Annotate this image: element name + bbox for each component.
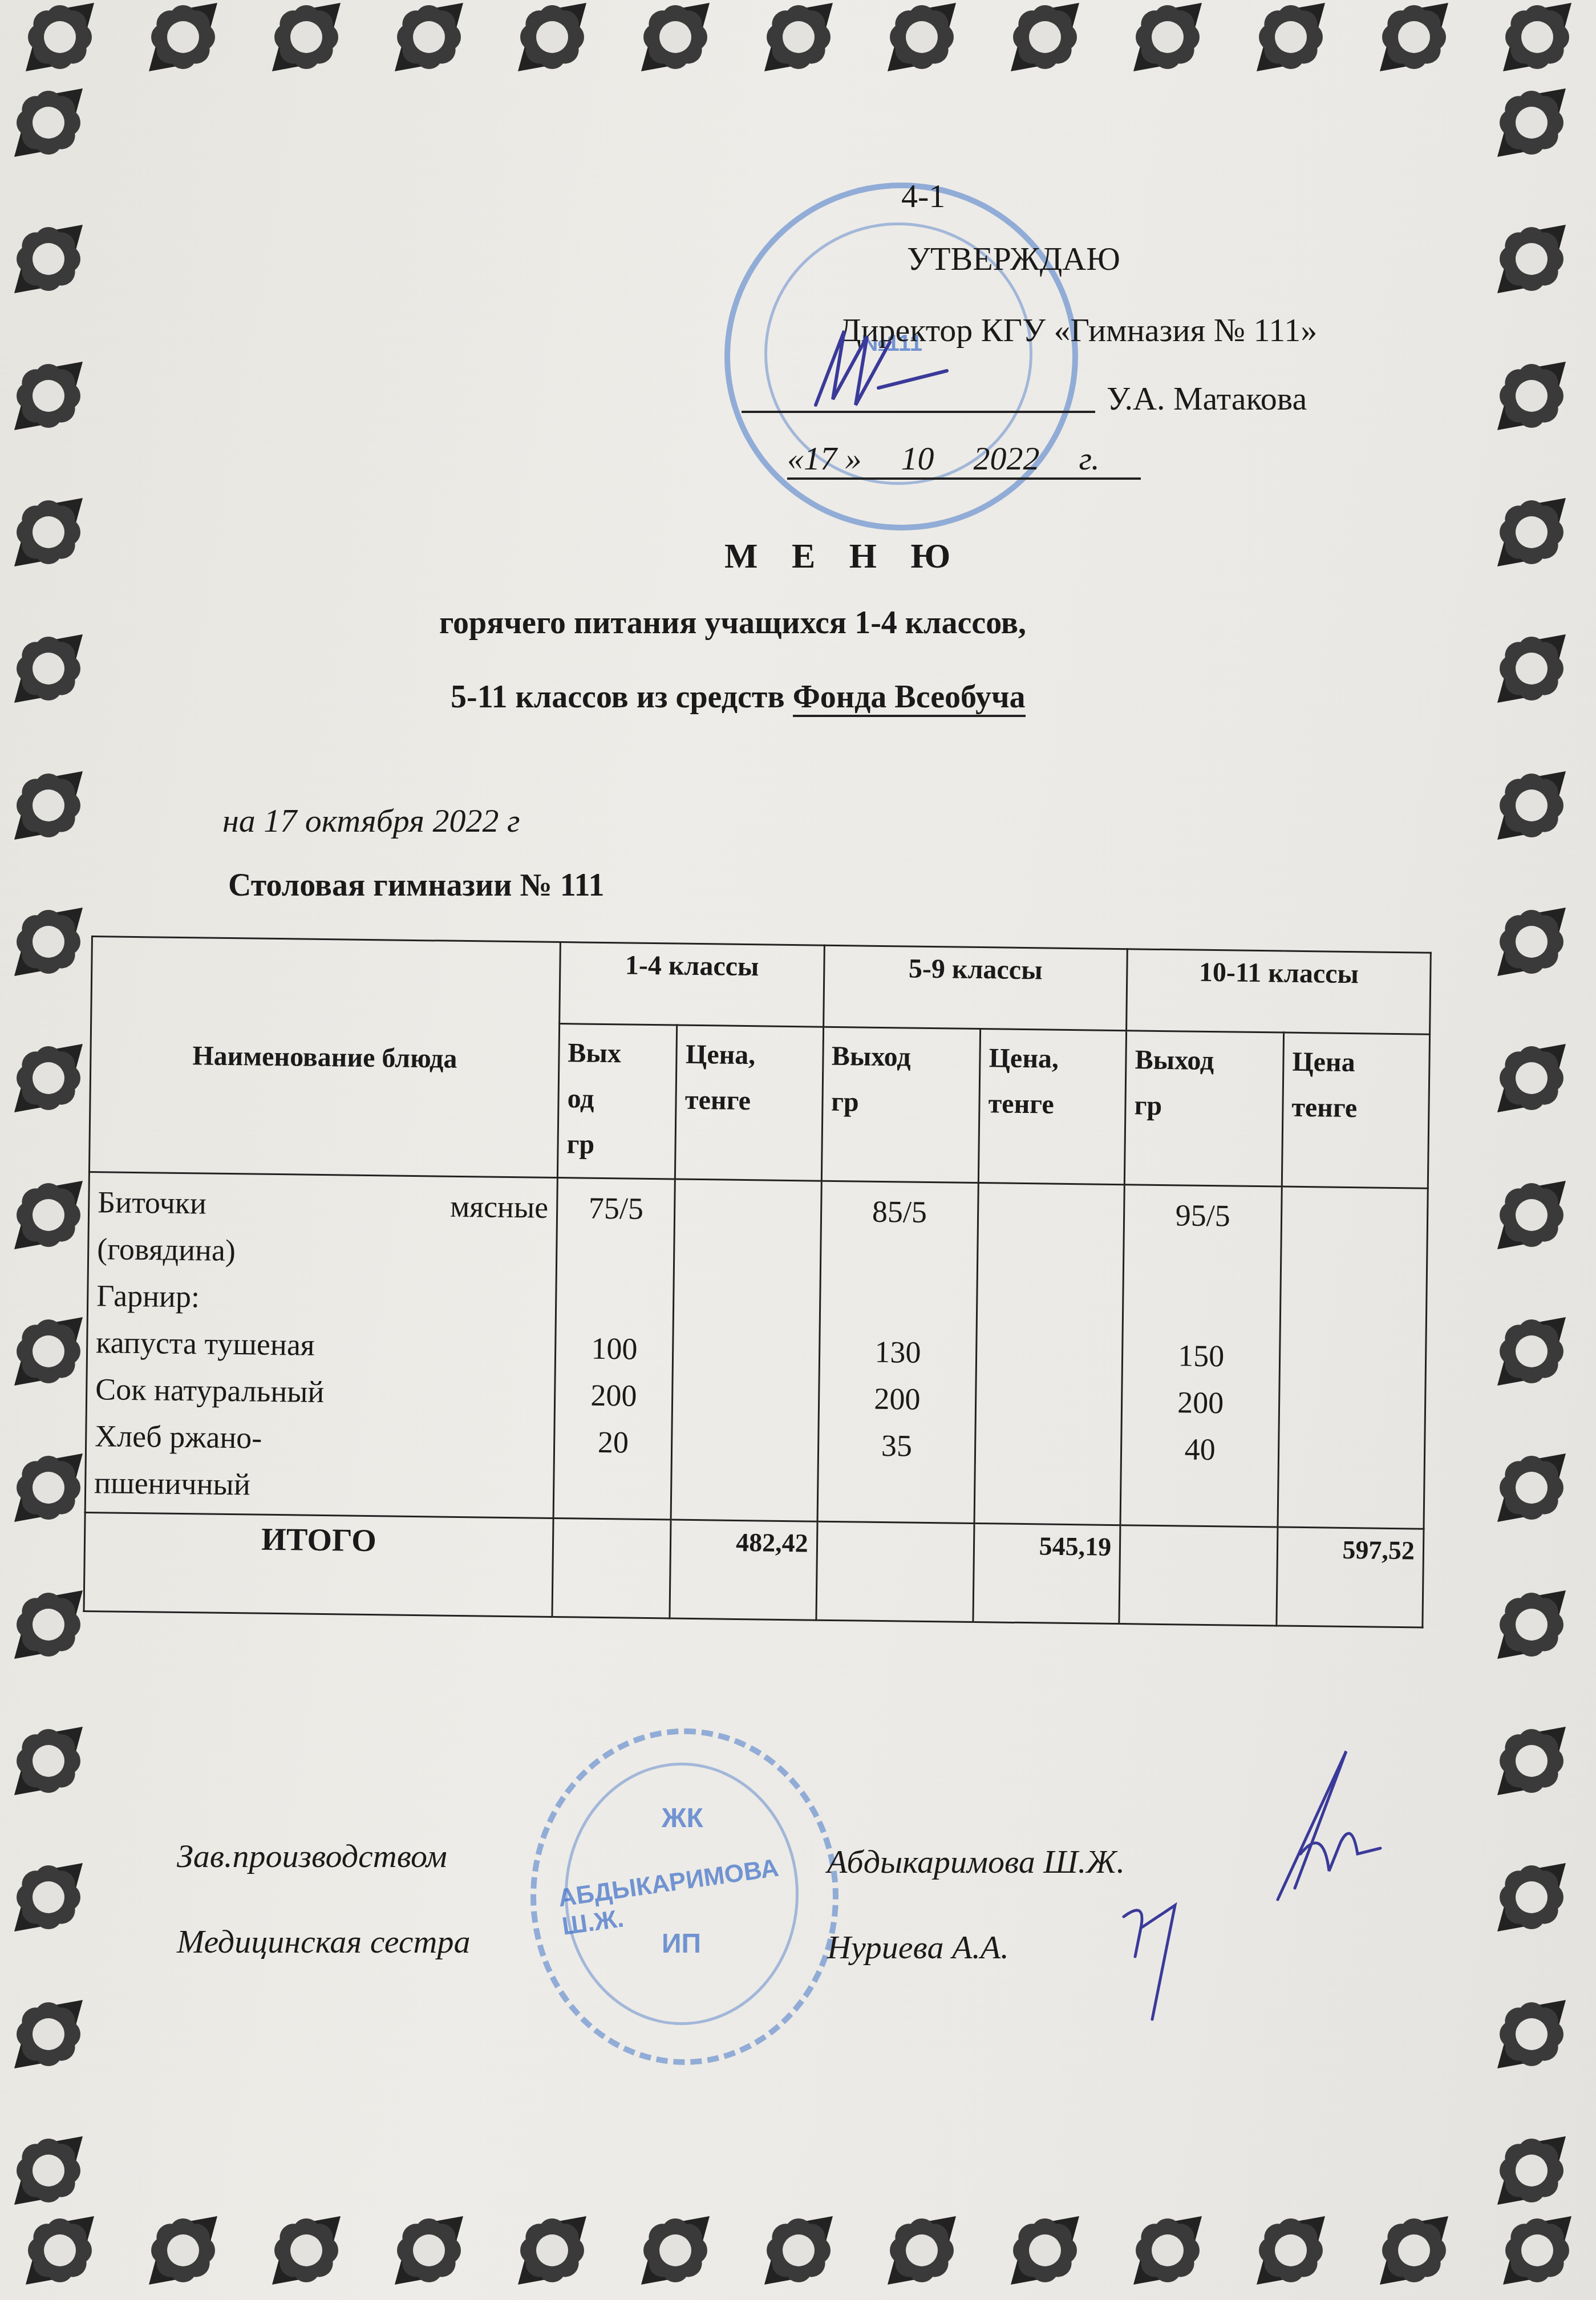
canteen-name: Столовая гимназии № 111 bbox=[228, 867, 605, 904]
decorative-border-top bbox=[23, 0, 1574, 80]
total-price-5-9: 545,19 bbox=[973, 1523, 1120, 1623]
yield-value: 85/5 bbox=[829, 1188, 970, 1236]
document-page: №111 4-1 УТВЕРЖДАЮ Директор КГУ «Гимнази… bbox=[0, 0, 1596, 2300]
total-yield-10-11 bbox=[1119, 1525, 1278, 1626]
flower-ornament-icon bbox=[1008, 2213, 1082, 2287]
flower-ornament-icon bbox=[1131, 2213, 1205, 2287]
flower-ornament-icon bbox=[11, 495, 86, 569]
decorative-border-left bbox=[11, 86, 91, 2208]
yield-value: 20 bbox=[563, 1418, 663, 1466]
flower-ornament-icon bbox=[515, 0, 589, 74]
total-yield-5-9 bbox=[816, 1521, 974, 1622]
yield-value bbox=[826, 1468, 966, 1517]
flower-ornament-icon bbox=[1494, 1588, 1569, 1662]
flower-ornament-icon bbox=[11, 1451, 86, 1525]
flower-ornament-icon bbox=[1494, 905, 1569, 979]
approval-name: У.А. Матакова bbox=[1107, 379, 1307, 418]
flower-ornament-icon bbox=[11, 1178, 86, 1252]
dish-line: Биточкимясные bbox=[98, 1179, 549, 1231]
subheader-0: Выходгр bbox=[557, 1024, 677, 1180]
menu-title: М Е Н Ю bbox=[724, 536, 963, 577]
flower-ornament-icon bbox=[392, 0, 466, 74]
yield-value bbox=[1132, 1238, 1273, 1286]
signature-role-production: Зав.производством bbox=[177, 1837, 447, 1875]
director-signature bbox=[793, 319, 964, 422]
flower-ornament-icon bbox=[11, 2133, 86, 2208]
subheader-2: Выходгр bbox=[821, 1027, 981, 1183]
flower-ornament-icon bbox=[11, 1314, 86, 1388]
flower-ornament-icon bbox=[515, 2213, 589, 2287]
flower-ornament-icon bbox=[1008, 0, 1082, 74]
date-day: «17 » bbox=[787, 440, 862, 477]
yield-value bbox=[565, 1278, 665, 1326]
yield-value bbox=[562, 1465, 663, 1513]
flower-ornament-icon bbox=[1494, 86, 1569, 160]
yield-value: 200 bbox=[564, 1371, 664, 1419]
yield-value: 200 bbox=[1131, 1378, 1271, 1427]
approval-date: «17 » 10 2022 г. bbox=[787, 439, 1141, 480]
flower-ornament-icon bbox=[11, 1860, 86, 1934]
subheader-4: Выходгр bbox=[1125, 1031, 1284, 1187]
menu-subtitle-line1: горячего питания учащихся 1-4 классов, bbox=[439, 605, 1026, 641]
flower-ornament-icon bbox=[269, 0, 343, 74]
subheader-1: Цена,тенге bbox=[675, 1025, 823, 1181]
dish-line: Хлеб ржано- bbox=[95, 1412, 546, 1465]
flower-ornament-icon bbox=[1494, 222, 1569, 296]
flower-ornament-icon bbox=[269, 2213, 343, 2287]
flower-ornament-icon bbox=[1254, 0, 1328, 74]
menu-table: Наименование блюда 1-4 классы 5-9 классы… bbox=[83, 936, 1432, 1629]
subheader-3: Цена,тенге bbox=[979, 1029, 1127, 1185]
flower-ornament-icon bbox=[1494, 1451, 1569, 1525]
flower-ornament-icon bbox=[1494, 768, 1569, 843]
dish-line: капуста тушеная bbox=[96, 1319, 547, 1371]
yield-value: 150 bbox=[1131, 1331, 1271, 1380]
nurse-signature bbox=[1112, 1894, 1198, 2025]
flower-ornament-icon bbox=[1377, 0, 1451, 74]
dish-line: Гарнир: bbox=[96, 1272, 548, 1325]
group-header-10-11: 10-11 классы bbox=[1127, 949, 1431, 1034]
flower-ornament-icon bbox=[638, 0, 712, 74]
flower-ornament-icon bbox=[23, 2213, 97, 2287]
date-year: 2022 bbox=[974, 440, 1040, 477]
flower-ornament-icon bbox=[11, 86, 86, 160]
yield-value: 75/5 bbox=[566, 1184, 666, 1232]
flower-ornament-icon bbox=[11, 768, 86, 843]
signature-name-production: Абдыкаримова Ш.Ж. bbox=[827, 1843, 1125, 1881]
flower-ornament-icon bbox=[1494, 631, 1569, 706]
yield-value bbox=[1129, 1472, 1270, 1520]
dish-line: (говядина) bbox=[97, 1225, 548, 1278]
yield-1-4: 75/5 10020020 bbox=[553, 1178, 675, 1520]
decorative-border-bottom bbox=[23, 2213, 1574, 2299]
total-price-10-11: 597,52 bbox=[1277, 1527, 1424, 1627]
flower-ornament-icon bbox=[23, 0, 97, 74]
flower-ornament-icon bbox=[1494, 1178, 1569, 1252]
flower-ornament-icon bbox=[1500, 0, 1574, 74]
flower-ornament-icon bbox=[146, 2213, 220, 2287]
total-price-1-4: 482,42 bbox=[670, 1520, 817, 1620]
flower-ornament-icon bbox=[638, 2213, 712, 2287]
flower-ornament-icon bbox=[392, 2213, 466, 2287]
flower-ornament-icon bbox=[1494, 495, 1569, 569]
flower-ornament-icon bbox=[1494, 2133, 1569, 2208]
date-month: 10 bbox=[901, 440, 934, 477]
total-label: ИТОГО bbox=[84, 1512, 553, 1617]
yield-value: 95/5 bbox=[1133, 1191, 1273, 1240]
flower-ornament-icon bbox=[11, 359, 86, 433]
yield-value: 35 bbox=[827, 1422, 967, 1470]
price-5-9 bbox=[974, 1183, 1124, 1525]
flower-ornament-icon bbox=[885, 2213, 959, 2287]
page-code: 4-1 bbox=[901, 177, 945, 215]
signature-role-nurse: Медицинская сестра bbox=[177, 1922, 470, 1961]
flower-ornament-icon bbox=[1494, 1997, 1569, 2071]
flower-ornament-icon bbox=[1494, 1860, 1569, 1934]
flower-ornament-icon bbox=[11, 1588, 86, 1662]
yield-value: 40 bbox=[1130, 1425, 1270, 1473]
price-10-11 bbox=[1278, 1187, 1428, 1529]
flower-ornament-icon bbox=[761, 0, 836, 74]
flower-ornament-icon bbox=[11, 1997, 86, 2071]
subheader-5: Ценатенге bbox=[1282, 1032, 1429, 1188]
flower-ornament-icon bbox=[11, 1724, 86, 1798]
flower-ornament-icon bbox=[11, 631, 86, 706]
yield-value bbox=[828, 1281, 969, 1330]
flower-ornament-icon bbox=[1494, 1041, 1569, 1115]
flower-ornament-icon bbox=[1500, 2213, 1574, 2287]
yield-value: 200 bbox=[827, 1375, 967, 1423]
fund-name: Фонда Всеобуча bbox=[793, 679, 1026, 717]
flower-ornament-icon bbox=[1377, 2213, 1451, 2287]
date-suffix: г. bbox=[1079, 440, 1100, 477]
dish-list: Биточкимясные(говядина)Гарнир:капуста ту… bbox=[85, 1172, 557, 1518]
yield-10-11: 95/5 15020040 bbox=[1120, 1185, 1282, 1527]
yield-value bbox=[565, 1231, 666, 1279]
menu-date: на 17 октября 2022 г bbox=[222, 801, 520, 840]
official-stamp-ip: ЖК АБДЫКАРИМОВА Ш.Ж. ИП bbox=[530, 1728, 838, 2065]
yield-5-9: 85/5 13020035 bbox=[817, 1181, 979, 1523]
flower-ornament-icon bbox=[1494, 359, 1569, 433]
group-header-1-4: 1-4 классы bbox=[560, 942, 824, 1027]
flower-ornament-icon bbox=[11, 905, 86, 979]
menu-subtitle-line2: 5-11 классов из средств Фонда Всеобуча bbox=[451, 679, 1026, 715]
dish-name-header: Наименование блюда bbox=[89, 937, 560, 1178]
decorative-border-right bbox=[1494, 86, 1580, 2208]
production-manager-signature bbox=[1232, 1740, 1403, 1911]
yield-value: 130 bbox=[828, 1328, 968, 1376]
total-yield-1-4 bbox=[552, 1518, 671, 1618]
yield-value: 100 bbox=[564, 1325, 665, 1372]
group-header-5-9: 5-9 классы bbox=[823, 945, 1127, 1030]
flower-ornament-icon bbox=[11, 1041, 86, 1115]
approval-heading: УТВЕРЖДАЮ bbox=[907, 240, 1120, 278]
yield-value bbox=[1132, 1285, 1272, 1333]
flower-ornament-icon bbox=[146, 0, 220, 74]
flower-ornament-icon bbox=[1494, 1724, 1569, 1798]
signature-name-nurse: Нуриева А.А. bbox=[827, 1928, 1009, 1966]
flower-ornament-icon bbox=[1254, 2213, 1328, 2287]
flower-ornament-icon bbox=[1494, 1314, 1569, 1388]
dish-line: Сок натуральный bbox=[95, 1366, 546, 1418]
dish-line: пшеничный bbox=[94, 1459, 545, 1512]
flower-ornament-icon bbox=[11, 222, 86, 296]
flower-ornament-icon bbox=[761, 2213, 836, 2287]
flower-ornament-icon bbox=[885, 0, 959, 74]
flower-ornament-icon bbox=[1131, 0, 1205, 74]
price-1-4 bbox=[671, 1179, 821, 1521]
yield-value bbox=[829, 1234, 969, 1283]
